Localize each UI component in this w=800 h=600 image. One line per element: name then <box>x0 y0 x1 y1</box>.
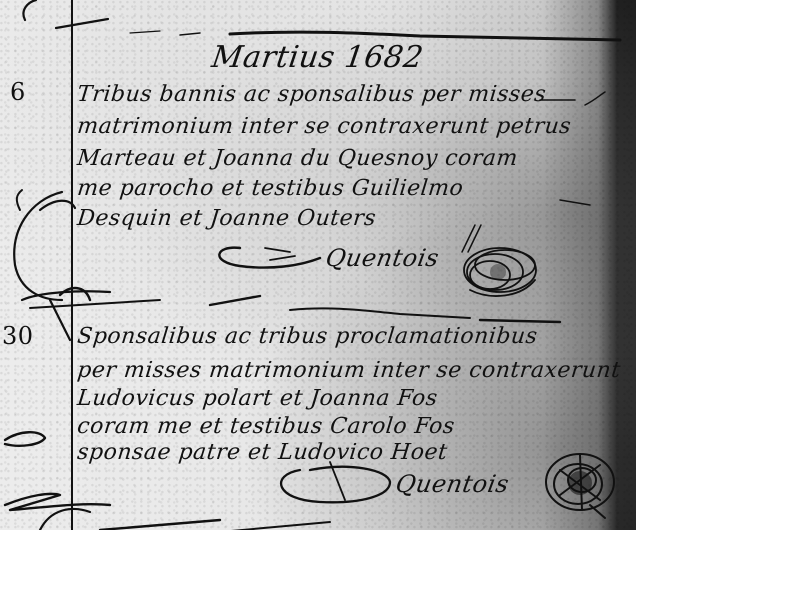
entry-1-line-4: me parocho et testibus Guilielmo <box>76 176 465 201</box>
manuscript-scan: Martius 1682 6 Tribus bannis ac sponsali… <box>0 0 636 530</box>
entry-1-line-2: matrimonium inter se contraxerunt petrus <box>76 114 572 139</box>
entry-2-line-2: per misses matrimonium inter se contraxe… <box>76 358 622 383</box>
entry-2-line-1: Sponsalibus ac tribus proclamationibus <box>76 324 539 349</box>
entry-2-line-3: Ludovicus polart et Joanna Fos <box>76 386 439 411</box>
entry-2-day: 30 <box>2 322 34 350</box>
entry-1-signature: Quentois <box>324 244 442 272</box>
entry-1-line-3: Marteau et Joanna du Quesnoy coram <box>76 146 519 171</box>
entry-2-signature: Quentois <box>394 470 512 498</box>
entry-1-line-1: Tribus bannis ac sponsalibus per misses <box>76 82 547 107</box>
register-heading: Martius 1682 <box>210 40 426 75</box>
entry-1-line-5: Desquin et Joanne Outers <box>76 206 377 231</box>
entry-2-line-4: coram me et testibus Carolo Fos <box>76 414 456 439</box>
entry-2-line-5: sponsae patre et Ludovico Hoet <box>76 440 449 465</box>
entry-1-day: 6 <box>10 78 26 106</box>
